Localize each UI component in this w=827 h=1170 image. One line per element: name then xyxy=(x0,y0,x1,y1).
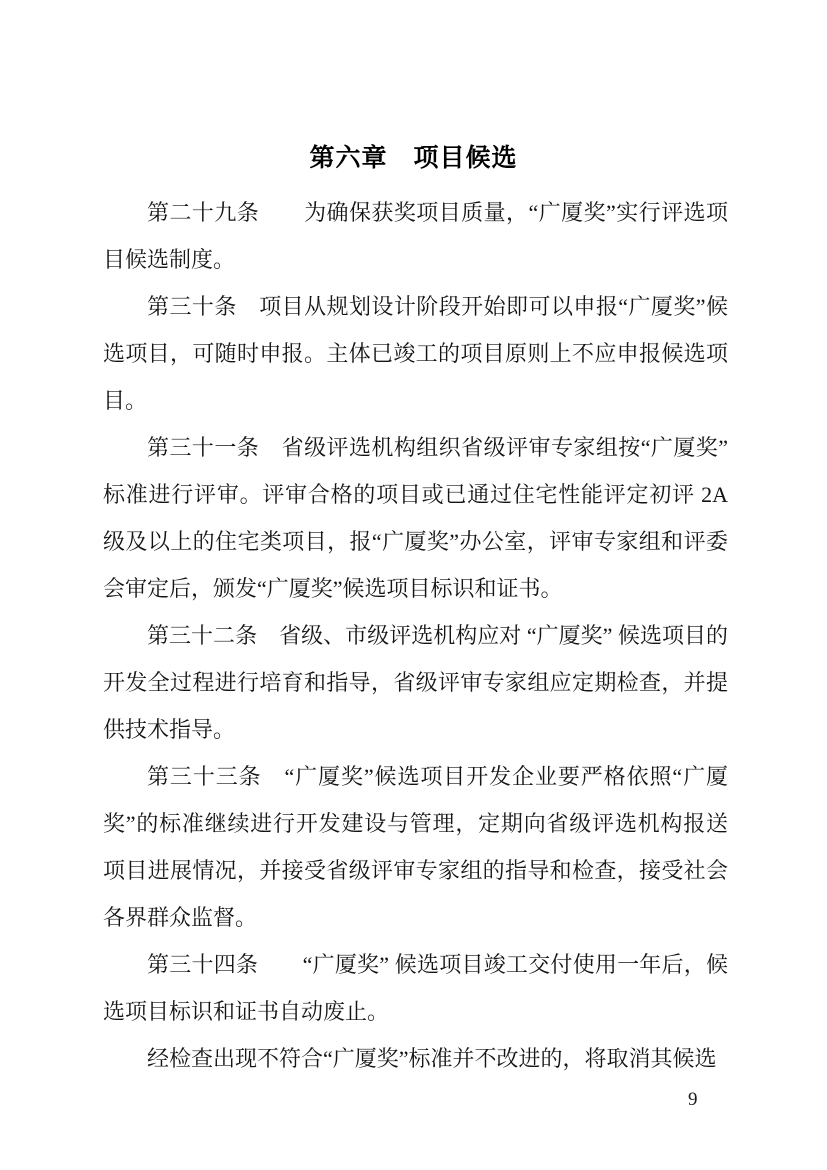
chapter-heading: 第六章 项目候选 xyxy=(0,138,827,174)
paragraph-article-30: 第三十条 项目从规划设计阶段开始即可以申报“广厦奖”候选项目，可随时申报。主体已… xyxy=(103,283,728,424)
paragraph-article-33: 第三十三条 “广厦奖”候选项目开发企业要严格依照“广厦奖”的标准继续进行开发建设… xyxy=(103,753,728,941)
paragraph-article-34: 第三十四条 “广厦奖” 候选项目竣工交付使用一年后，候选项目标识和证书自动废止。 xyxy=(103,941,728,1035)
document-page: 第六章 项目候选 第二十九条 为确保获奖项目质量，“广厦奖”实行评选项目候选制度… xyxy=(0,0,827,1170)
paragraph-article-31: 第三十一条 省级评选机构组织省级评审专家组按“广厦奖”标准进行评审。评审合格的项… xyxy=(103,424,728,612)
paragraph-article-32: 第三十二条 省级、市级评选机构应对 “广厦奖” 候选项目的开发全过程进行培育和指… xyxy=(103,612,728,753)
page-number: 9 xyxy=(688,1089,698,1111)
document-body: 第二十九条 为确保获奖项目质量，“广厦奖”实行评选项目候选制度。 第三十条 项目… xyxy=(103,189,728,1082)
paragraph-article-29: 第二十九条 为确保获奖项目质量，“广厦奖”实行评选项目候选制度。 xyxy=(103,189,728,283)
paragraph-continuation: 经检查出现不符合“广厦奖”标准并不改进的，将取消其候选 xyxy=(103,1035,728,1082)
